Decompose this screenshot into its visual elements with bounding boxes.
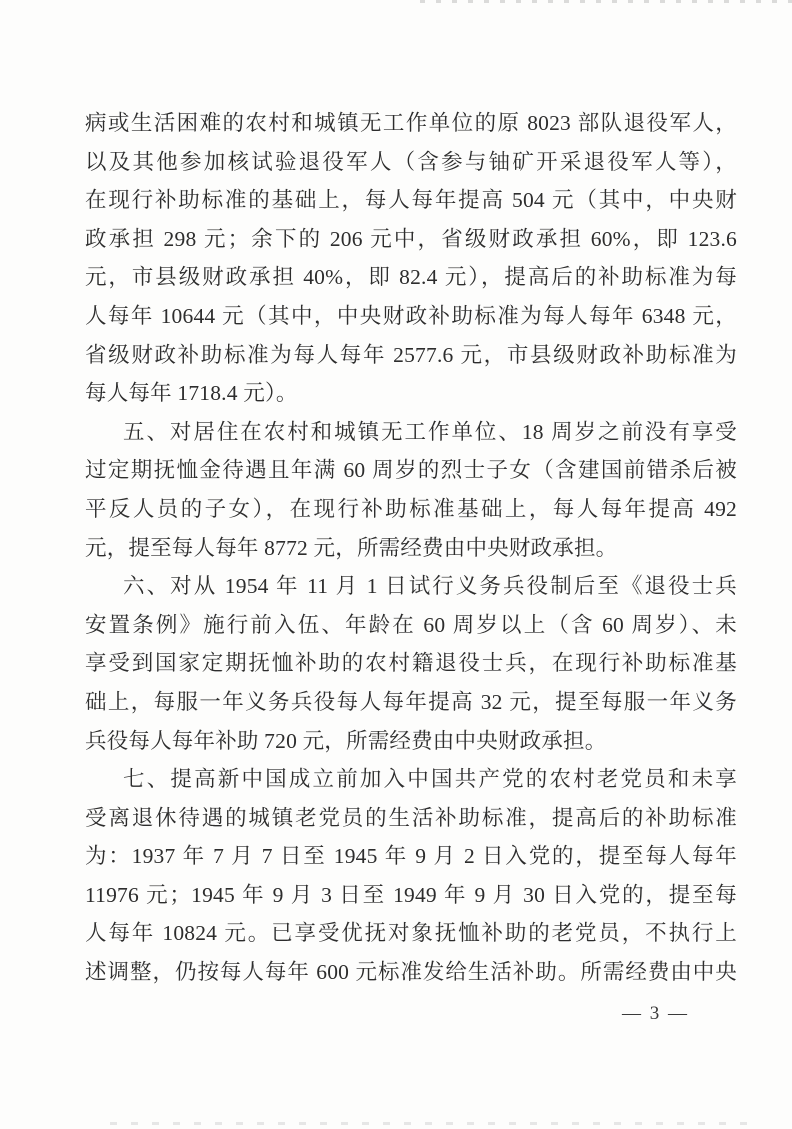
- text-line: 础上，每服一年义务兵役每人每年提高 32 元，提至每服一年义务: [85, 683, 737, 722]
- text-line: 11976 元；1945 年 9 月 3 日至 1949 年 9 月 30 日入…: [85, 876, 737, 915]
- text-line: 人每年 10644 元（其中，中央财政补助标准为每人每年 6348 元，: [85, 297, 737, 336]
- text-line: 元，提至每人每年 8772 元，所需经费由中央财政承担。: [85, 529, 737, 568]
- text-line: 以及其他参加核试验退役军人（含参与铀矿开采退役军人等），: [85, 143, 737, 182]
- text-line: 过定期抚恤金待遇且年满 60 周岁的烈士子女（含建国前错杀后被: [85, 451, 737, 490]
- text-line: 兵役每人每年补助 720 元，所需经费由中央财政承担。: [85, 722, 737, 761]
- text-line: 病或生活困难的农村和城镇无工作单位的原 8023 部队退役军人，: [85, 104, 737, 143]
- document-body: 病或生活困难的农村和城镇无工作单位的原 8023 部队退役军人，以及其他参加核试…: [85, 104, 737, 992]
- text-line: 为：1937 年 7 月 7 日至 1945 年 9 月 2 日入党的，提至每人…: [85, 837, 737, 876]
- page-number: — 3 —: [622, 1002, 689, 1026]
- scan-artifact-bottom: [110, 1122, 760, 1125]
- text-line: 受离退休待遇的城镇老党员的生活补助标准，提高后的补助标准: [85, 799, 737, 838]
- text-line: 六、对从 1954 年 11 月 1 日试行义务兵役制后至《退役士兵: [85, 567, 737, 606]
- text-line: 省级财政补助标准为每人每年 2577.6 元，市县级财政补助标准为: [85, 336, 737, 375]
- text-line: 政承担 298 元；余下的 206 元中，省级财政承担 60%，即 123.6: [85, 220, 737, 259]
- text-line: 在现行补助标准的基础上，每人每年提高 504 元（其中，中央财: [85, 181, 737, 220]
- text-line: 七、提高新中国成立前加入中国共产党的农村老党员和未享: [85, 760, 737, 799]
- scan-artifact-top: [420, 0, 792, 3]
- text-line: 享受到国家定期抚恤补助的农村籍退役士兵，在现行补助标准基: [85, 644, 737, 683]
- text-line: 述调整，仍按每人每年 600 元标准发给生活补助。所需经费由中央: [85, 953, 737, 992]
- text-line: 人每年 10824 元。已享受优抚对象抚恤补助的老党员，不执行上: [85, 914, 737, 953]
- text-line: 每人每年 1718.4 元）。: [85, 374, 737, 413]
- text-line: 平反人员的子女），在现行补助标准基础上，每人每年提高 492: [85, 490, 737, 529]
- text-line: 元，市县级财政承担 40%，即 82.4 元），提高后的补助标准为每: [85, 258, 737, 297]
- text-line: 安置条例》施行前入伍、年龄在 60 周岁以上（含 60 周岁）、未: [85, 606, 737, 645]
- text-line: 五、对居住在农村和城镇无工作单位、18 周岁之前没有享受: [85, 413, 737, 452]
- document-page: 病或生活困难的农村和城镇无工作单位的原 8023 部队退役军人，以及其他参加核试…: [0, 0, 792, 1129]
